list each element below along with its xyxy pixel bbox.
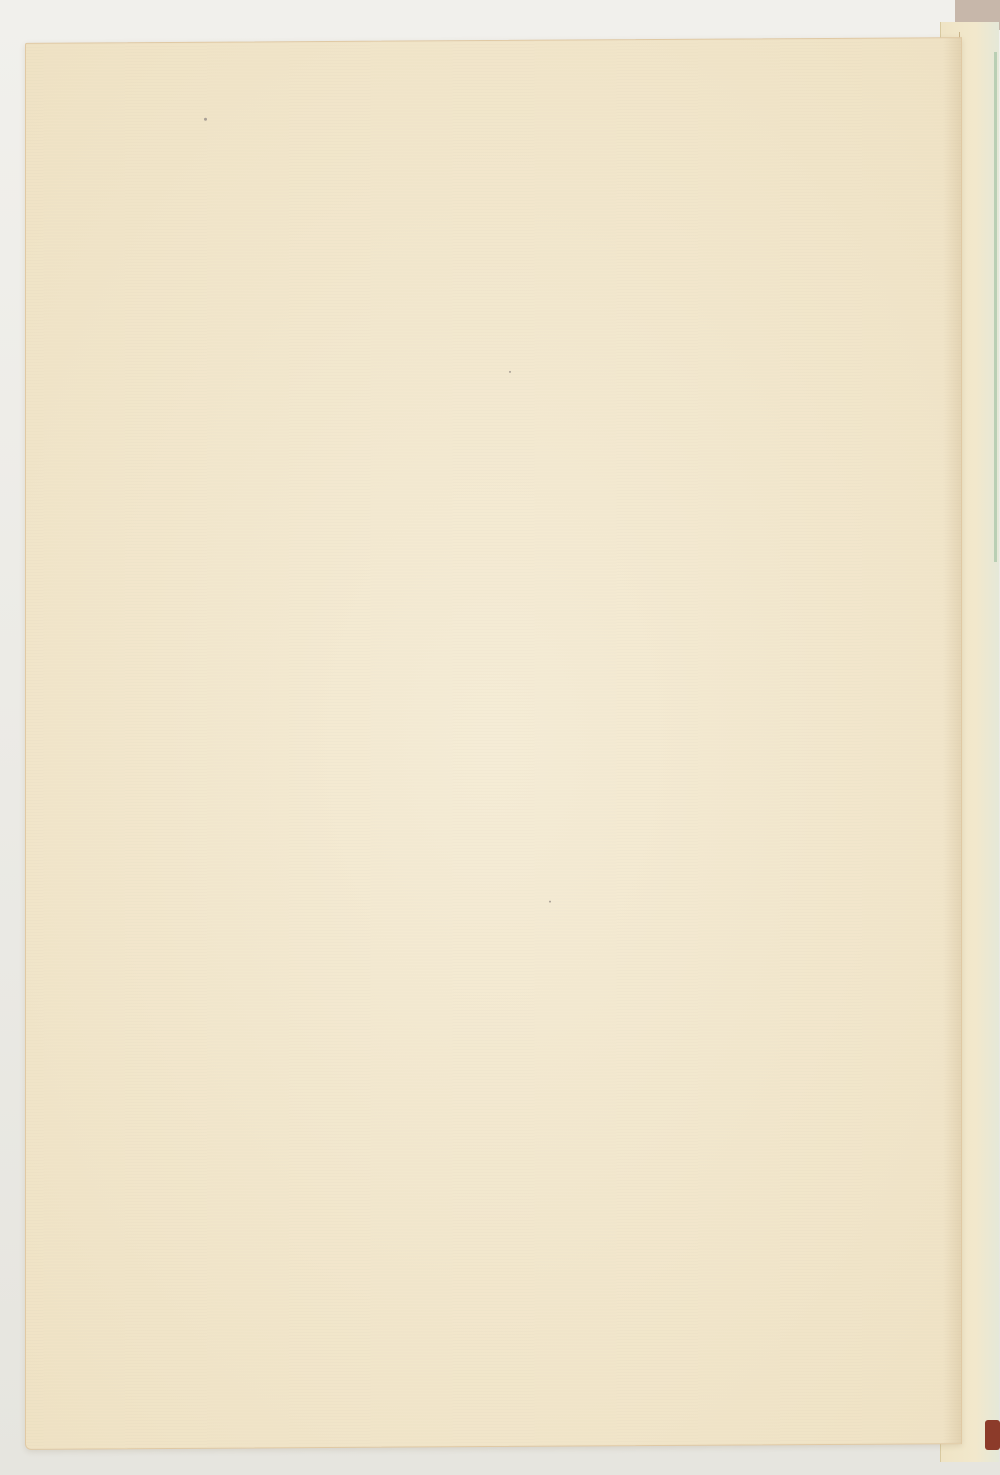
page-edge-tint bbox=[994, 52, 997, 562]
page-gutter bbox=[943, 38, 961, 1443]
blank-page bbox=[25, 37, 962, 1450]
page-content bbox=[106, 99, 881, 1389]
book-binding-bottom bbox=[985, 1420, 1000, 1450]
